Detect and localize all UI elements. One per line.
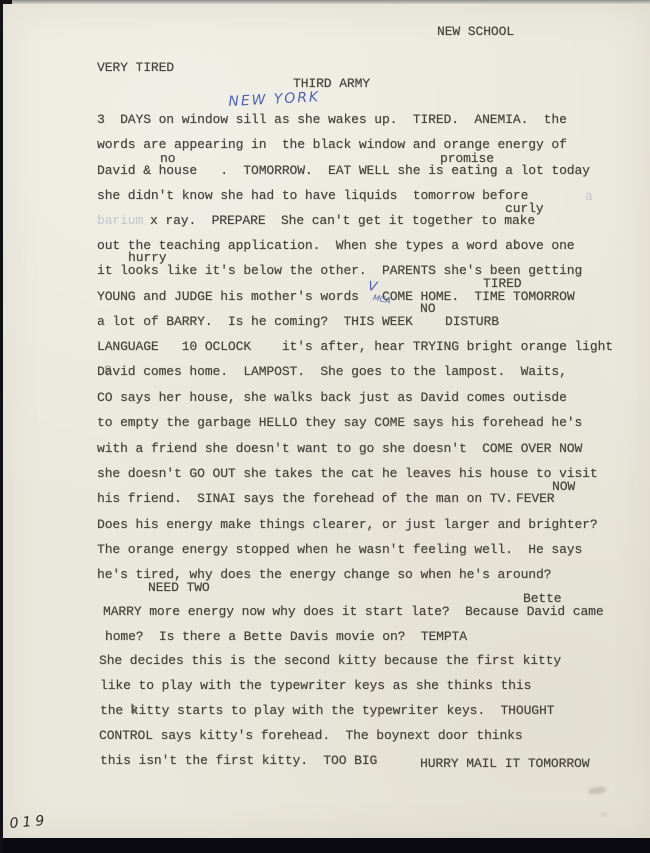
typed-line: to empty the garbage HELLO they say COME… [97, 415, 582, 431]
typed-line: CO says her house, she walks back just a… [97, 390, 567, 406]
handwritten-page-number: 019 [9, 813, 49, 833]
typed-line: The orange energy stopped when he wasn't… [97, 542, 582, 558]
typed-line: YOUNG and JUDGE his mother's words [97, 289, 359, 305]
typed-line: Does his energy make things clearer, or … [97, 517, 598, 533]
overstrike-char: 8 [104, 363, 112, 379]
typed-line: DISTURB [445, 314, 499, 330]
interline-annotation: NOW [552, 479, 575, 495]
typed-line: David comes home. LAMPOST. She goes to t… [97, 364, 567, 380]
typed-line: with a friend she doesn't want to go she… [97, 441, 582, 457]
pencil-smudge [588, 786, 607, 795]
typed-line: CONTROL says kitty's forehead. The boyne… [99, 728, 523, 744]
typed-line: the kitty starts to play with the typewr… [100, 703, 554, 719]
handwritten-new-york: NEW YORK [228, 89, 321, 111]
interline-annotation: NO [420, 301, 435, 317]
erased-word: barium [97, 213, 143, 229]
typed-line: FEVER [516, 491, 555, 507]
typed-line: She decides this is the second kitty bec… [99, 653, 561, 669]
typed-line: she doesn't GO OUT she takes the cat he … [97, 466, 598, 482]
typed-line: HURRY MAIL IT TOMORROW [420, 756, 589, 772]
typed-line: x ray. PREPARE She can't get it together… [150, 213, 535, 229]
typed-line: 3 DAYS on window sill as she wakes up. T… [97, 112, 567, 128]
typed-line: COME HOME. TIME TOMORROW [382, 289, 575, 305]
typed-line: she didn't know she had to have liquids … [97, 188, 528, 204]
typed-line: like to play with the typewriter keys as… [100, 678, 531, 694]
typed-line: MARRY more energy now why does it start … [103, 604, 604, 620]
typed-line: his friend. SINAI says the forehead of t… [97, 491, 513, 507]
pencil-smudge [599, 812, 609, 816]
typed-line: home? Is there a Bette Davis movie on? T… [105, 629, 467, 645]
typed-line: this isn't the first kitty. TOO BIG [100, 753, 377, 769]
typed-line: a lot of BARRY. Is he coming? THIS WEEK [97, 314, 413, 330]
header-new-school: NEW SCHOOL [437, 24, 514, 40]
overstrike-char: t [512, 237, 520, 253]
typed-line: David & house . TOMORROW. EAT WELL she i… [97, 163, 590, 179]
header-very-tired: VERY TIRED [97, 60, 174, 76]
overstrike-char: b [130, 702, 138, 718]
typewritten-manuscript-page: NEW SCHOOLVERY TIREDTHIRD ARMYNEW YORK3 … [3, 4, 650, 838]
typed-line: out the teaching application. When she t… [97, 238, 574, 254]
typed-line: LANGUAGE 10 OCLOCK it's after, hear TRYI… [97, 339, 613, 355]
interline-annotation: NEED TWO [148, 580, 210, 596]
erased-word: a [585, 189, 593, 205]
